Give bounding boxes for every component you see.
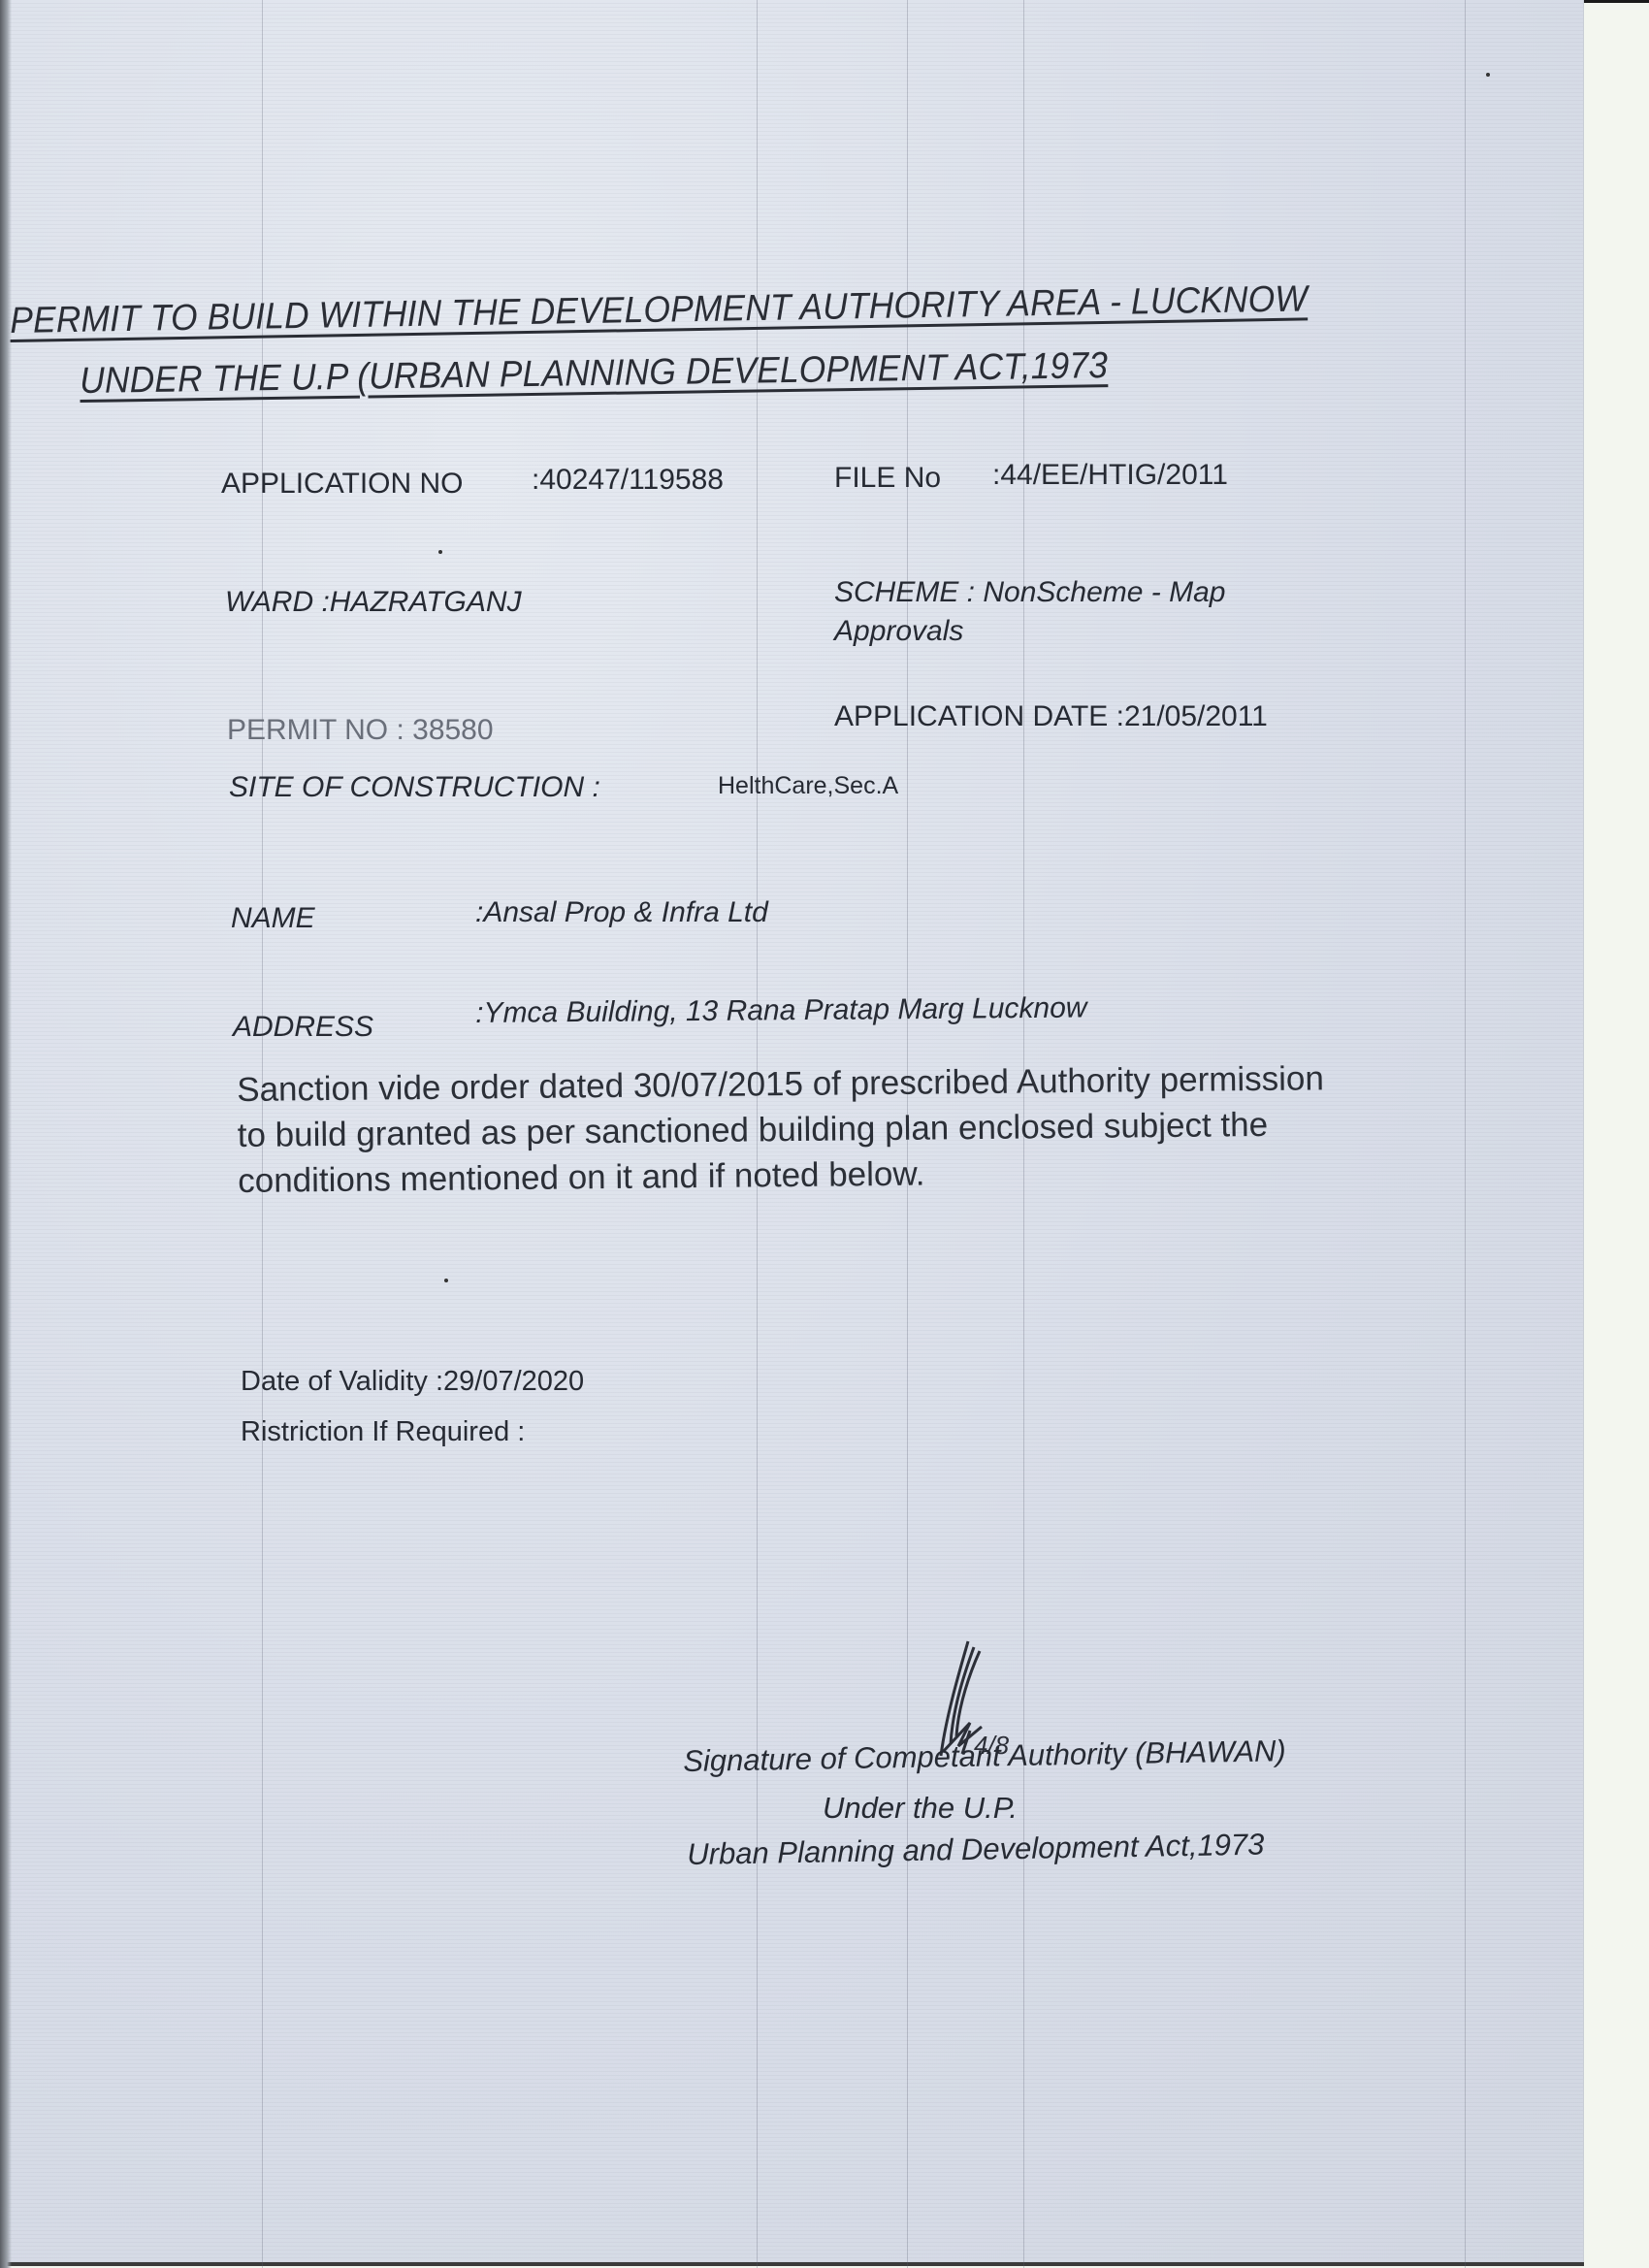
file-no-label: FILE No <box>834 462 941 495</box>
scheme-field-line-2: Approvals <box>834 615 963 648</box>
application-no-value: :40247/119588 <box>532 464 724 497</box>
scheme-field-line-1: SCHEME : NonScheme - Map <box>834 576 1225 609</box>
signature-caption-line-2: Under the U.P. <box>823 1791 1018 1826</box>
application-date-field: APPLICATION DATE :21/05/2011 <box>834 700 1268 733</box>
restriction-field: Ristriction If Required : <box>241 1416 525 1448</box>
address-value: :Ymca Building, 13 Rana Pratap Marg Luck… <box>475 991 1087 1029</box>
name-label: NAME <box>231 902 315 935</box>
permit-no-field: PERMIT NO : 38580 <box>227 714 494 747</box>
file-no-value: :44/EE/HTIG/2011 <box>992 459 1228 492</box>
scan-artifact-line <box>1465 0 1466 2268</box>
speck <box>444 1279 448 1282</box>
speck <box>438 550 442 554</box>
scan-edge-bar <box>1584 0 1649 3</box>
application-no-label: APPLICATION NO <box>221 468 464 501</box>
name-value: :Ansal Prop & Infra Ltd <box>475 896 768 929</box>
speck <box>1486 73 1490 77</box>
address-label: ADDRESS <box>233 1011 373 1044</box>
ward-field: WARD :HAZRATGANJ <box>225 586 522 619</box>
sanction-paragraph: Sanction vide order dated 30/07/2015 of … <box>237 1055 1334 1204</box>
site-value: HelthCare,Sec.A <box>718 772 898 800</box>
site-label: SITE OF CONSTRUCTION : <box>229 771 600 804</box>
validity-date: Date of Validity :29/07/2020 <box>241 1366 584 1398</box>
